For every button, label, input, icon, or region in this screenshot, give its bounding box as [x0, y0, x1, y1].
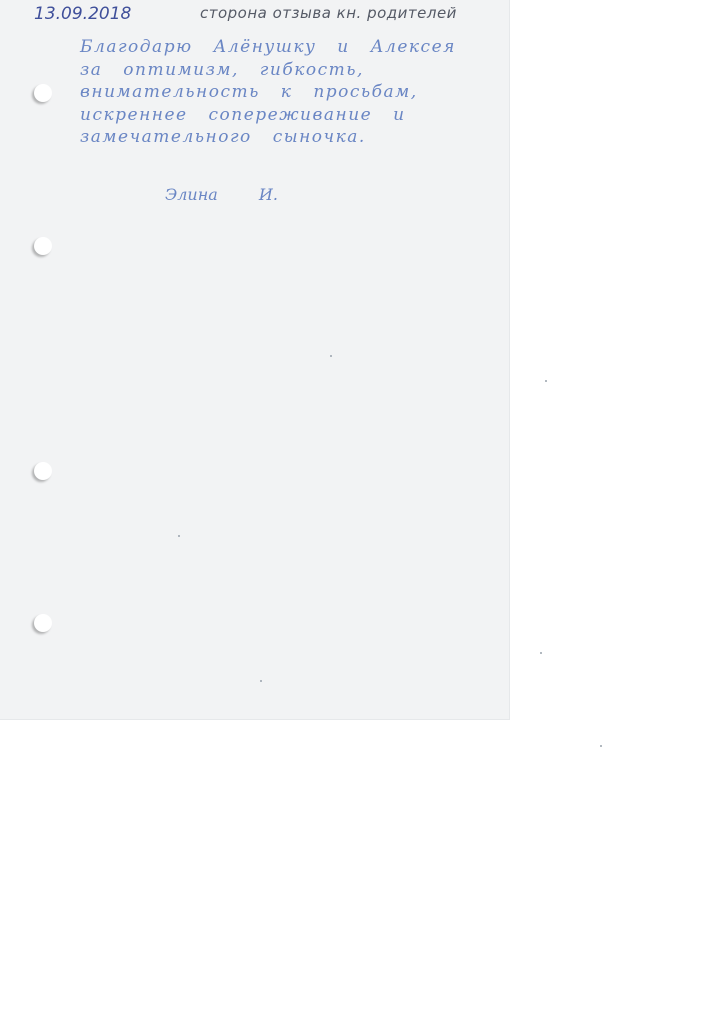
punch-hole-1 — [34, 84, 52, 102]
handwritten-signature: Элина И. — [165, 185, 278, 204]
punch-hole-2 — [34, 237, 52, 255]
message-line: Благодарю Алёнушку и Алексея — [80, 36, 500, 59]
punch-hole-3 — [34, 462, 52, 480]
scan-speck — [600, 745, 602, 747]
page-header-note: сторона отзыва кн. родителей — [200, 4, 457, 22]
message-line: искреннее сопереживание и — [80, 104, 500, 127]
message-line: за оптимизм, гибкость, — [80, 59, 500, 82]
message-line: замечательного сыночка. — [80, 126, 500, 149]
scan-speck — [540, 652, 542, 654]
scan-speck — [330, 355, 332, 357]
handwritten-date: 13.09.2018 — [34, 4, 131, 24]
scanned-paper-sheet: 13.09.2018 сторона отзыва кн. родителей … — [0, 0, 510, 720]
scan-speck — [545, 380, 547, 382]
message-line: внимательность к просьбам, — [80, 81, 500, 104]
punch-hole-4 — [34, 614, 52, 632]
handwritten-message: Благодарю Алёнушку и Алексея за оптимизм… — [80, 36, 500, 149]
scan-speck — [260, 680, 262, 682]
scan-speck — [178, 535, 180, 537]
